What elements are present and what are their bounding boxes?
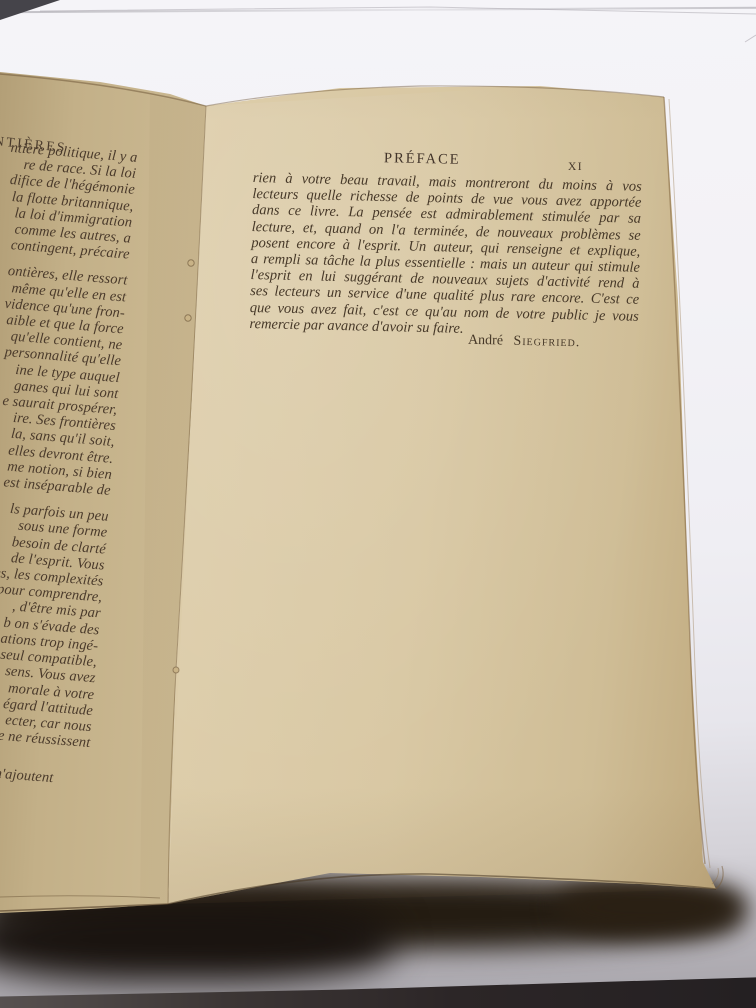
author-first-name: André — [468, 333, 503, 349]
book-shadow-left — [0, 898, 394, 982]
author-signature: André Siegfried. — [468, 333, 581, 352]
book-photo: NTIÈRES ntière politique, il y are de ra… — [0, 0, 756, 1008]
text-line: qui n'ajoutent — [0, 749, 54, 787]
paragraph: ls parfois un peusous une formebesoin de… — [0, 484, 109, 751]
preface-body: rien à votre beau travail, mais montrero… — [249, 170, 642, 341]
page-number: XI — [568, 161, 583, 173]
preface-heading: PRÉFACE — [384, 150, 461, 169]
paragraph: ontières, elle ressortmême qu'elle en es… — [0, 248, 128, 499]
author-surname: Siegfried. — [513, 334, 580, 351]
paragraph: qui n'ajoutent — [0, 749, 88, 790]
